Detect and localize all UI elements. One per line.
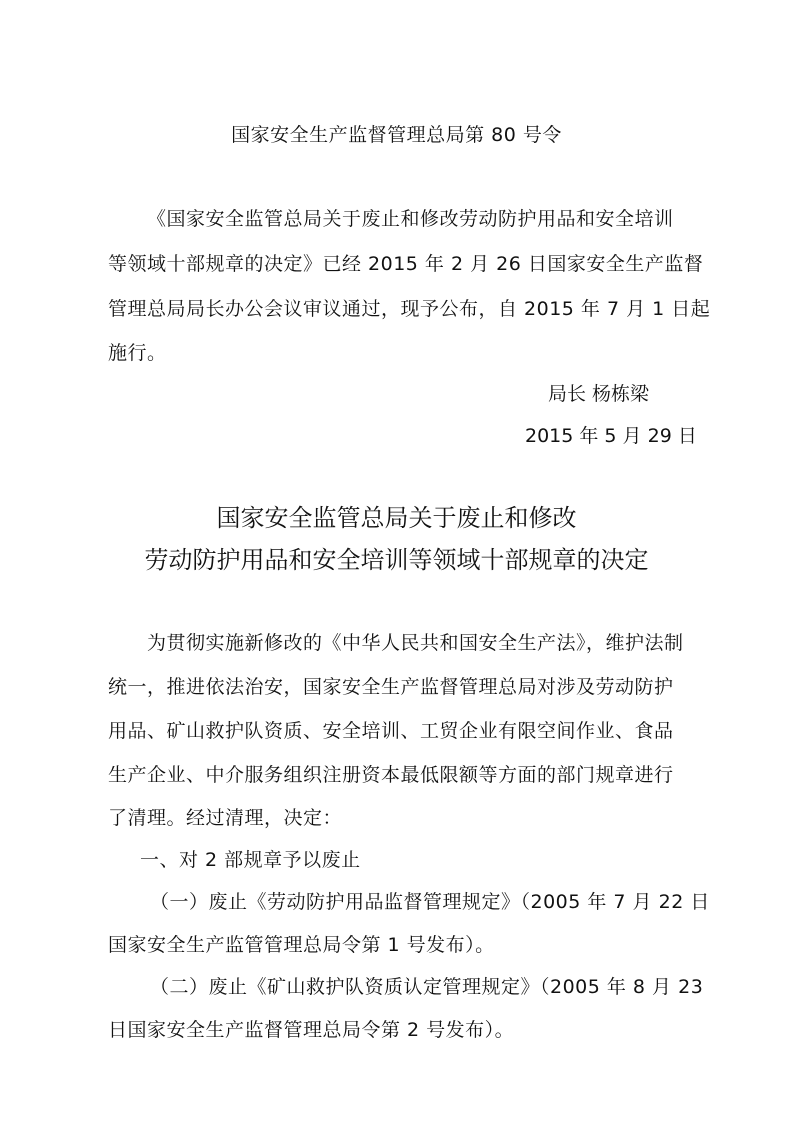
- intro-line: 统一，推进依法治安，国家安全生产监督管理总局对涉及劳动防护: [108, 675, 674, 699]
- order-title: 国家安全生产监督管理总局第 80 号令: [0, 123, 793, 147]
- preamble-line: 等领域十部规章的决定》已经 2015 年 2 月 26 日国家安全生产监督: [108, 252, 703, 276]
- preamble-line: 施行。: [108, 341, 167, 365]
- preamble-line: 管理总局局长办公会议审议通过，现予公布，自 2015 年 7 月 1 日起: [108, 297, 710, 321]
- decision-title-line: 国家安全监管总局关于废止和修改: [0, 503, 793, 533]
- signing-date: 2015 年 5 月 29 日: [525, 424, 697, 448]
- intro-line: 生产企业、中介服务组织注册资本最低限额等方面的部门规章进行: [108, 763, 674, 787]
- repeal-item-line: 国家安全生产监管管理总局令第 1 号发布）。: [108, 933, 495, 957]
- repeal-item-line: 日国家安全生产监督管理总局令第 2 号发布）。: [108, 1018, 514, 1042]
- intro-line: 了清理。经过清理，决定：: [108, 806, 342, 830]
- repeal-item-line: （二）废止《矿山救护队资质认定管理规定》（2005 年 8 月 23: [150, 975, 703, 999]
- section-heading: 一、对 2 部规章予以废止: [140, 848, 361, 872]
- preamble-line: 《国家安全监管总局关于废止和修改劳动防护用品和安全培训: [147, 207, 674, 231]
- signatory: 局长 杨栋梁: [548, 382, 649, 406]
- repeal-item-line: （一）废止《劳动防护用品监督管理规定》（2005 年 7 月 22 日: [150, 890, 710, 914]
- intro-line: 用品、矿山救护队资质、安全培训、工贸企业有限空间作业、食品: [108, 719, 674, 743]
- decision-title-line: 劳动防护用品和安全培训等领域十部规章的决定: [0, 545, 793, 575]
- intro-line: 为贯彻实施新修改的《中华人民共和国安全生产法》，维护法制: [147, 631, 684, 655]
